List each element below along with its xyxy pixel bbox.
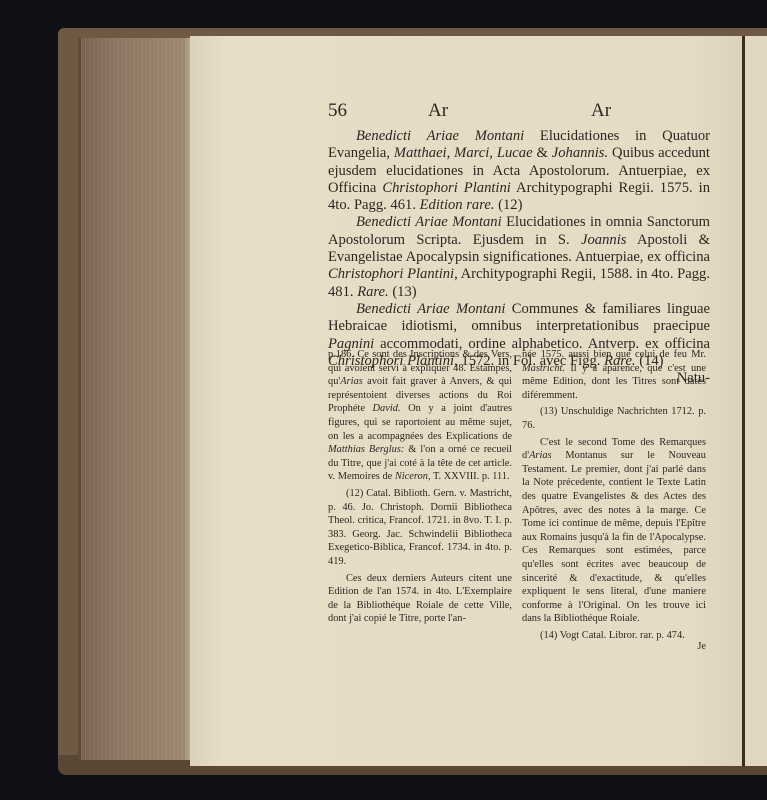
- footnote-paragraph: née 1575. aussi bien que celui de feu Mr…: [522, 348, 706, 402]
- italic-text: Rare.: [357, 284, 388, 300]
- italic-text: Arias: [529, 450, 552, 461]
- text-run: (12) Catal. Biblioth. Gern. v. Mastricht…: [328, 488, 512, 567]
- facing-page-edge: [745, 36, 767, 766]
- text-run: Ces deux derniers Auteurs citent une Edi…: [328, 573, 512, 625]
- footnote-catchword-wrap: Je: [522, 640, 706, 654]
- footnote-catchword: Je: [522, 640, 706, 654]
- running-header: 56 Ar Ar: [328, 100, 708, 122]
- page-number: 56: [328, 100, 347, 122]
- footnotes-right-column: née 1575. aussi bien que celui de feu Mr…: [522, 348, 706, 645]
- text-run: (12): [494, 197, 522, 213]
- running-head-right: Ar: [591, 100, 611, 122]
- entry: Benedicti Ariae Montani Elucidationes in…: [328, 128, 710, 214]
- italic-text: Mastricht.: [522, 363, 565, 374]
- italic-text: Matthaei, Marci, Lucae: [394, 145, 533, 161]
- footnote-paragraph: Ces deux derniers Auteurs citent une Edi…: [328, 572, 512, 626]
- text-run: (13): [389, 284, 417, 300]
- footnote-paragraph: C'est le second Tome des Remarques d'Ari…: [522, 436, 706, 626]
- footnote-paragraph: p.186. Ce sont des Inscriptions & des Ve…: [328, 348, 512, 484]
- footnote-paragraph: (13) Unschuldige Nachrichten 1712. p. 76…: [522, 405, 706, 432]
- italic-text: Benedicti Ariae Montani: [356, 301, 505, 317]
- footnotes-left-column: p.186. Ce sont des Inscriptions & des Ve…: [328, 348, 512, 629]
- text-run: &: [533, 145, 552, 161]
- text-run: (13) Unschuldige Nachrichten 1712. p. 76…: [522, 406, 706, 431]
- italic-text: Matthias Berglus:: [328, 444, 404, 455]
- italic-text: Christophori Plantini: [328, 266, 454, 282]
- italic-text: Johannis.: [552, 145, 608, 161]
- italic-text: Edition rare.: [420, 197, 495, 213]
- italic-text: Benedicti Ariae Montani: [356, 128, 524, 144]
- italic-text: Niceron,: [395, 471, 431, 482]
- italic-text: Benedicti Ariae Montani: [356, 214, 502, 230]
- footnote-paragraph: (12) Catal. Biblioth. Gern. v. Mastricht…: [328, 487, 512, 569]
- running-head-left: Ar: [428, 100, 448, 122]
- italic-text: David.: [373, 403, 401, 414]
- italic-text: Christophori Plantini: [382, 180, 510, 196]
- text-run: T. XXVIII. p. 111.: [431, 471, 510, 482]
- entry: Benedicti Ariae Montani Elucidationes in…: [328, 214, 710, 300]
- text-run: Montanus sur le Nouveau Testament. Le pr…: [522, 450, 706, 624]
- italic-text: Joannis: [581, 232, 626, 248]
- page-edges-stack: [78, 38, 193, 760]
- italic-text: Arias: [340, 376, 363, 387]
- text-run: née 1575. aussi bien que celui de feu Mr…: [522, 349, 706, 360]
